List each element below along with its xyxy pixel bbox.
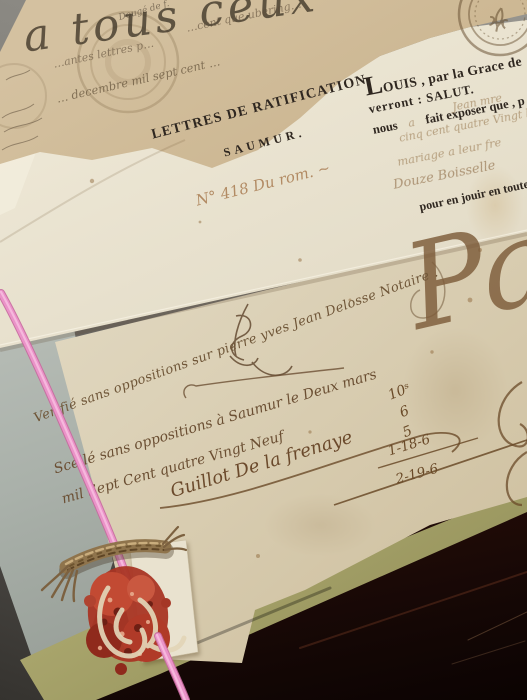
- objects-layer: [0, 0, 527, 700]
- photo-canvas: Dougé de f. a tous ceux …antes lettres p…: [0, 0, 527, 700]
